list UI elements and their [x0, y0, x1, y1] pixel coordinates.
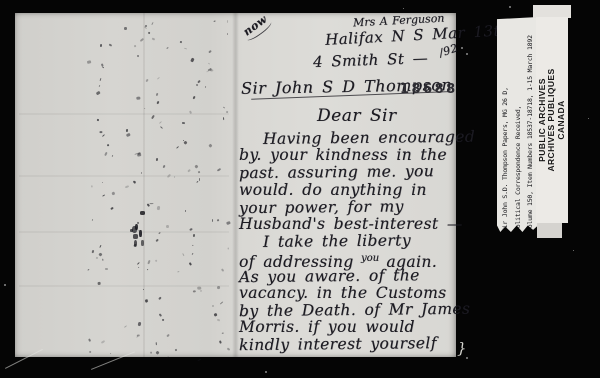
letter-sheet: now Mrs A Ferguson Halifax N S Mar 13th …	[15, 13, 456, 357]
archive-reference-label: Sir John S.D. Thompson Papers, MG 26 D,P…	[497, 17, 538, 232]
ink-brace-mark: }	[457, 339, 467, 357]
institution-label: PUBLIC ARCHIVESARCHIVES PUBLIQUESCANADA	[536, 17, 568, 223]
salutation: Dear Sir	[317, 106, 397, 126]
address-line: 4 Smith St —	[313, 49, 429, 71]
written-right-page: now Mrs A Ferguson Halifax N S Mar 13th …	[237, 13, 456, 357]
dateline-year: /92	[437, 41, 459, 59]
institution-label-text: PUBLIC ARCHIVESARCHIVES PUBLIQUESCANADA	[536, 17, 568, 223]
horizontal-crease	[19, 113, 229, 115]
microfilm-frame: now Mrs A Ferguson Halifax N S Mar 13th …	[0, 0, 600, 378]
inserted-word: you	[361, 253, 379, 264]
handwritten-line: past. assuring me. you	[239, 163, 457, 182]
handwritten-line: Husband's best-interest —	[239, 216, 457, 233]
reference-label-line: Sir John S.D. Thompson Papers, MG 26 D,	[499, 17, 512, 232]
institution-label-line: CANADA	[557, 100, 567, 139]
horizontal-crease	[19, 175, 229, 177]
item-number-stamp: 18688	[400, 82, 458, 97]
label-tab-bottom	[537, 222, 562, 238]
reference-label-line: Volume 150, Item Numbers 18537-18718, 1-…	[524, 17, 537, 232]
handwritten-line: of addressing you again.	[239, 250, 457, 267]
letter-body: Having been encouragedby. your kindness …	[239, 130, 457, 353]
handwritten-line: I take the liberty	[239, 232, 457, 251]
vertical-crease	[143, 13, 145, 357]
handwritten-annotation: now	[241, 13, 270, 39]
handwritten-line: would. do anything in	[239, 182, 457, 199]
handwritten-line: As you aware. of the	[239, 266, 457, 285]
handwritten-line: kindly interest yourself	[239, 335, 457, 354]
archive-reference-text: Sir John S.D. Thompson Papers, MG 26 D,P…	[497, 17, 538, 232]
horizontal-crease	[19, 231, 229, 233]
reference-label-line: Political Correspondence Received,	[512, 17, 525, 232]
blank-left-page	[15, 13, 237, 357]
